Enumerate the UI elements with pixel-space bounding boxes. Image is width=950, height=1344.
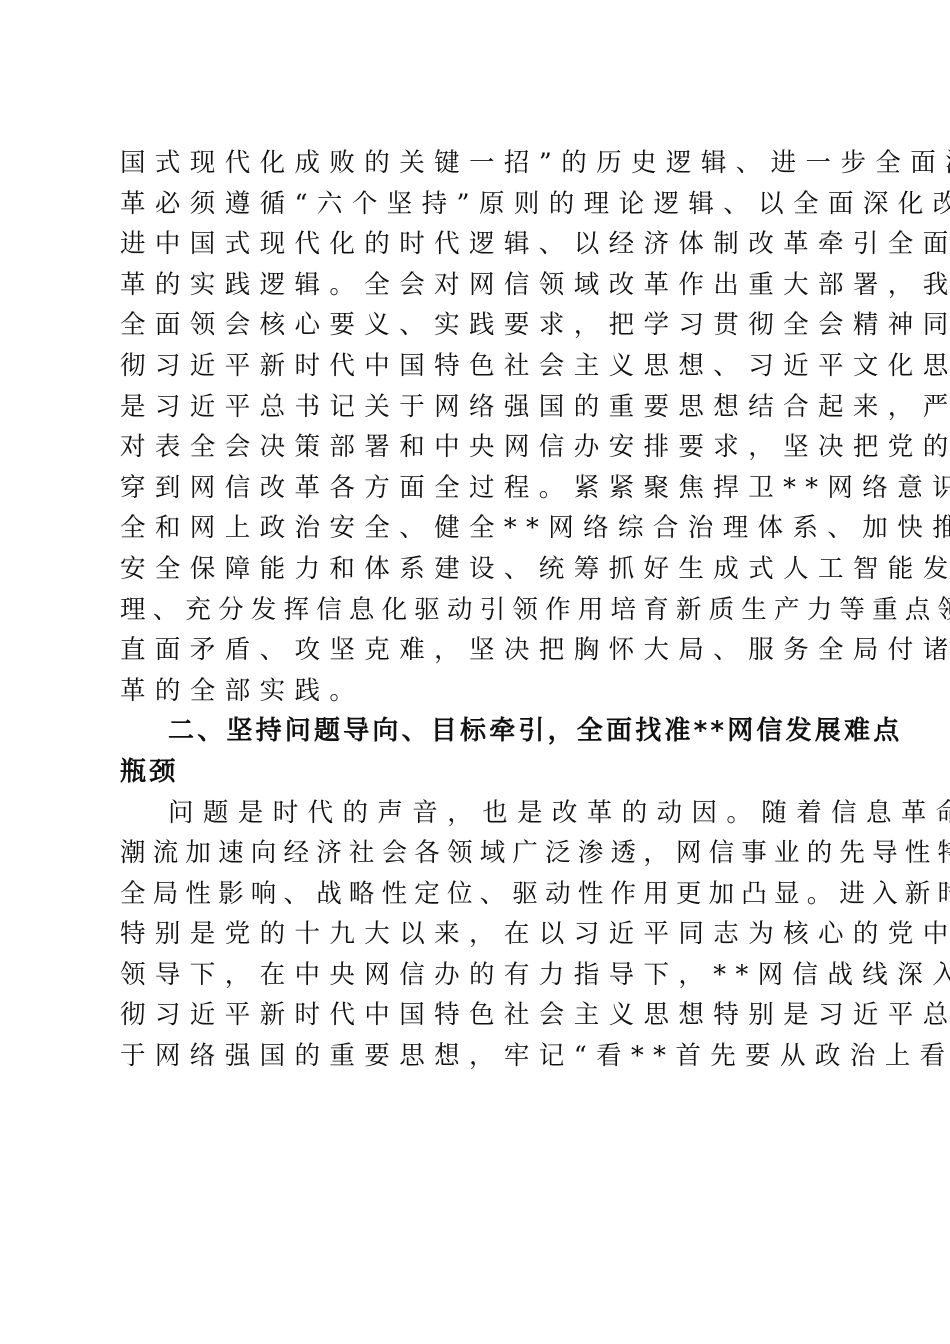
text-line: 革必须遵循“六个坚持”原则的理论逻辑、以全面深化改革推 bbox=[120, 184, 840, 225]
text-line: 进中国式现代化的时代逻辑、以经济体制改革牵引全面深化改 bbox=[120, 224, 840, 265]
text-line: 穿到网信改革各方面全过程。紧紧聚焦捍卫**网络意识形态安 bbox=[120, 468, 840, 509]
text-line: 对表全会决策部署和中央网信办安排要求，坚决把党的领导贯 bbox=[120, 427, 840, 468]
text-line: 理、充分发挥信息化驱动引领作用培育新质生产力等重点领域， bbox=[120, 590, 840, 631]
heading-line: 二、坚持问题导向、目标牵引，全面找准**网信发展难点 bbox=[120, 711, 840, 752]
text-line: 全局性影响、战略性定位、驱动性作用更加凸显。进入新时代， bbox=[120, 874, 840, 915]
paragraph-body-2: 问题是时代的声音，也是改革的动因。随着信息革命时代 潮流加速向经济社会各领域广泛… bbox=[120, 793, 840, 1077]
text-line: 问题是时代的声音，也是改革的动因。随着信息革命时代 bbox=[120, 793, 840, 834]
heading-line: 瓶颈 bbox=[120, 752, 840, 793]
text-line: 是习近平总书记关于网络强国的重要思想结合起来，严格对标 bbox=[120, 387, 840, 428]
text-line: 特别是党的十九大以来，在以习近平同志为核心的党中央坚强 bbox=[120, 914, 840, 955]
text-line: 于网络强国的重要思想，牢记“看**首先要从政治上看”的政 bbox=[120, 1036, 840, 1077]
text-line: 全和网上政治安全、健全**网络综合治理体系、加快推动网络 bbox=[120, 508, 840, 549]
paragraph-body-1: 国式现代化成败的关键一招”的历史逻辑、进一步全面深化改 革必须遵循“六个坚持”原… bbox=[120, 143, 840, 711]
text-line: 潮流加速向经济社会各领域广泛渗透，网信事业的先导性特征、 bbox=[120, 833, 840, 874]
text-line: 安全保障能力和体系建设、统筹抓好生成式人工智能发展和管 bbox=[120, 549, 840, 590]
section-heading: 二、坚持问题导向、目标牵引，全面找准**网信发展难点 瓶颈 bbox=[120, 711, 840, 792]
text-line: 领导下，在中央网信办的有力指导下，**网信战线深入学习贯 bbox=[120, 955, 840, 996]
text-line: 全面领会核心要义、实践要求，把学习贯彻全会精神同学习贯 bbox=[120, 305, 840, 346]
text-line: 革的全部实践。 bbox=[120, 671, 840, 712]
document-page: 国式现代化成败的关键一招”的历史逻辑、进一步全面深化改 革必须遵循“六个坚持”原… bbox=[120, 143, 840, 1077]
text-line: 国式现代化成败的关键一招”的历史逻辑、进一步全面深化改 bbox=[120, 143, 840, 184]
text-line: 彻习近平新时代中国特色社会主义思想、习近平文化思想特别 bbox=[120, 346, 840, 387]
text-line: 革的实践逻辑。全会对网信领域改革作出重大部署，我们必须 bbox=[120, 265, 840, 306]
text-line: 彻习近平新时代中国特色社会主义思想特别是习近平总书记关 bbox=[120, 995, 840, 1036]
text-line: 直面矛盾、攻坚克难，坚决把胸怀大局、服务全局付诸网信改 bbox=[120, 630, 840, 671]
